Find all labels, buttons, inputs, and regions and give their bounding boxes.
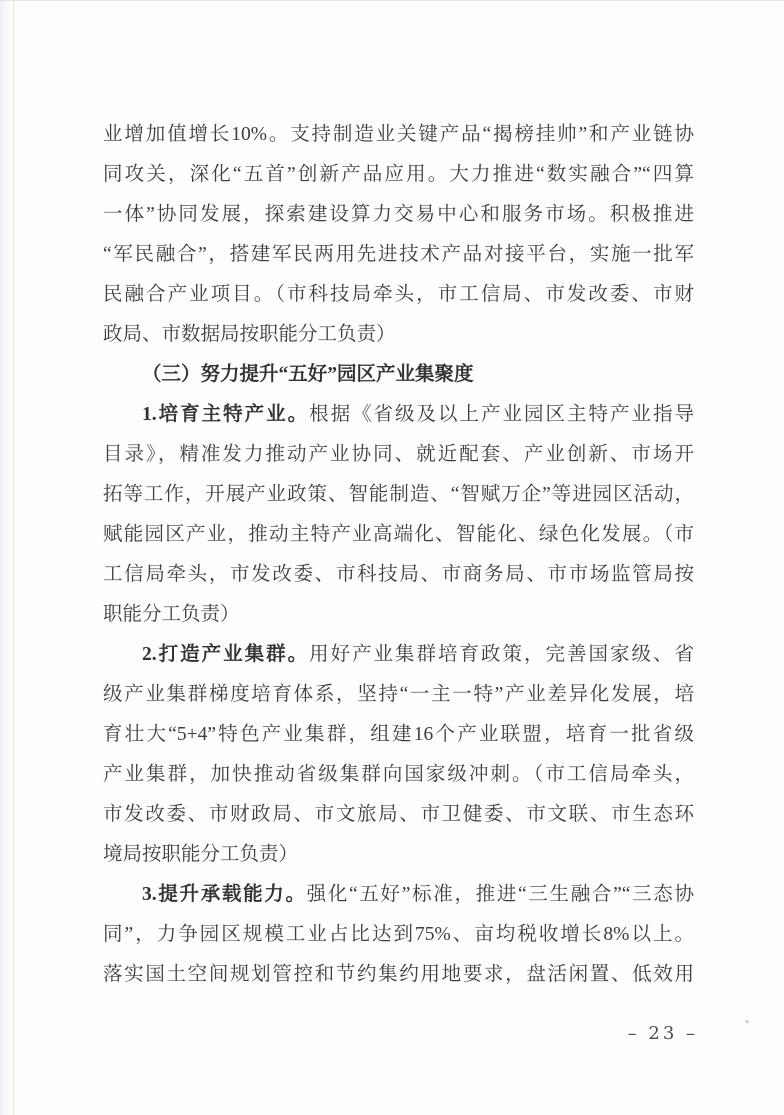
clause-label: 2.打造产业集群。 — [142, 644, 309, 665]
line-text: 同”，力争园区规模工业占比达到75%、亩均税收增长8%以上。 — [103, 924, 694, 945]
line-text: 民融合产业项目。（市科技局牵头，市工信局、市发改委、市财 — [103, 284, 694, 305]
doc-line: 职能分工负责） — [103, 595, 694, 635]
line-text: 职能分工负责） — [103, 604, 240, 625]
line-text: 强化“五好”标准，推进“三生融合”“三态协 — [307, 884, 694, 905]
scan-speck — [745, 1019, 750, 1024]
scan-line-left — [13, 0, 14, 1115]
line-text: 市发改委、市财政局、市文旅局、市卫健委、市文联、市生态环 — [103, 804, 694, 825]
doc-line: 民融合产业项目。（市科技局牵头，市工信局、市发改委、市财 — [103, 275, 694, 315]
doc-line: 同攻关，深化“五首”创新产品应用。大力推进“数实融合”“四算 — [103, 155, 694, 195]
doc-line: 同”，力争园区规模工业占比达到75%、亩均税收增长8%以上。 — [103, 915, 694, 955]
doc-line: 市发改委、市财政局、市文旅局、市卫健委、市文联、市生态环 — [103, 795, 694, 835]
line-text: 一体”协同发展，探索建设算力交易中心和服务市场。积极推进 — [103, 204, 694, 225]
clause-label: 3.提升承载能力。 — [142, 884, 307, 905]
line-text: 境局按职能分工负责） — [103, 844, 298, 865]
doc-line: 落实国土空间规划管控和节约集约用地要求，盘活闲置、低效用 — [103, 955, 694, 995]
line-text: 产业集群，加快推动省级集群向国家级冲刺。（市工信局牵头， — [103, 764, 694, 785]
doc-line: “军民融合”，搭建军民两用先进技术产品对接平台，实施一批军 — [103, 235, 694, 275]
line-text: “军民融合”，搭建军民两用先进技术产品对接平台，实施一批军 — [103, 244, 694, 265]
line-text: 赋能园区产业，推动主特产业高端化、智能化、绿色化发展。（市 — [103, 524, 694, 545]
doc-line: 境局按职能分工负责） — [103, 835, 694, 875]
doc-line: 业增加值增长10%。支持制造业关键产品“揭榜挂帅”和产业链协 — [103, 115, 694, 155]
doc-line: 3.提升承载能力。强化“五好”标准，推进“三生融合”“三态协 — [103, 875, 694, 915]
section-heading: （三）努力提升“五好”园区产业集聚度 — [103, 355, 694, 395]
section-heading-text: （三）努力提升“五好”园区产业集聚度 — [142, 364, 474, 385]
line-text: 落实国土空间规划管控和节约集约用地要求，盘活闲置、低效用 — [103, 964, 694, 985]
doc-line: 政局、市数据局按职能分工负责） — [103, 315, 694, 355]
doc-line: 2.打造产业集群。用好产业集群培育政策，完善国家级、省 — [103, 635, 694, 675]
line-text: 级产业集群梯度培育体系，坚持“一主一特”产业差异化发展，培 — [103, 684, 694, 705]
doc-line: 育壮大“5+4”特色产业集群，组建16个产业联盟，培育一批省级 — [103, 715, 694, 755]
line-text: 育壮大“5+4”特色产业集群，组建16个产业联盟，培育一批省级 — [103, 724, 694, 745]
document-page: 业增加值增长10%。支持制造业关键产品“揭榜挂帅”和产业链协 同攻关，深化“五首… — [0, 0, 784, 1115]
line-text: 用好产业集群培育政策，完善国家级、省 — [309, 644, 694, 665]
doc-line: 产业集群，加快推动省级集群向国家级冲刺。（市工信局牵头， — [103, 755, 694, 795]
line-text: 业增加值增长10%。支持制造业关键产品“揭榜挂帅”和产业链协 — [103, 124, 694, 145]
doc-line: 一体”协同发展，探索建设算力交易中心和服务市场。积极推进 — [103, 195, 694, 235]
line-text: 根据《省级及以上产业园区主特产业指导 — [309, 404, 694, 425]
doc-line: 拓等工作，开展产业政策、智能制造、“智赋万企”等进园区活动， — [103, 475, 694, 515]
page-number: – 23 – — [628, 1023, 698, 1044]
line-text: 工信局牵头，市发改委、市科技局、市商务局、市市场监管局按 — [103, 564, 694, 585]
doc-line: 级产业集群梯度培育体系，坚持“一主一特”产业差异化发展，培 — [103, 675, 694, 715]
text-block: 业增加值增长10%。支持制造业关键产品“揭榜挂帅”和产业链协 同攻关，深化“五首… — [103, 115, 694, 995]
clause-label: 1.培育主特产业。 — [142, 404, 309, 425]
doc-line: 工信局牵头，市发改委、市科技局、市商务局、市市场监管局按 — [103, 555, 694, 595]
line-text: 目录》，精准发力推动产业协同、就近配套、产业创新、市场开 — [103, 444, 694, 465]
doc-line: 赋能园区产业，推动主特产业高端化、智能化、绿色化发展。（市 — [103, 515, 694, 555]
scan-edge-left — [0, 0, 16, 1115]
line-text: 拓等工作，开展产业政策、智能制造、“智赋万企”等进园区活动， — [103, 484, 694, 505]
line-text: 政局、市数据局按职能分工负责） — [103, 324, 396, 345]
scan-edge-top — [0, 0, 784, 1]
doc-line: 1.培育主特产业。根据《省级及以上产业园区主特产业指导 — [103, 395, 694, 435]
doc-line: 目录》，精准发力推动产业协同、就近配套、产业创新、市场开 — [103, 435, 694, 475]
line-text: 同攻关，深化“五首”创新产品应用。大力推进“数实融合”“四算 — [103, 164, 694, 185]
